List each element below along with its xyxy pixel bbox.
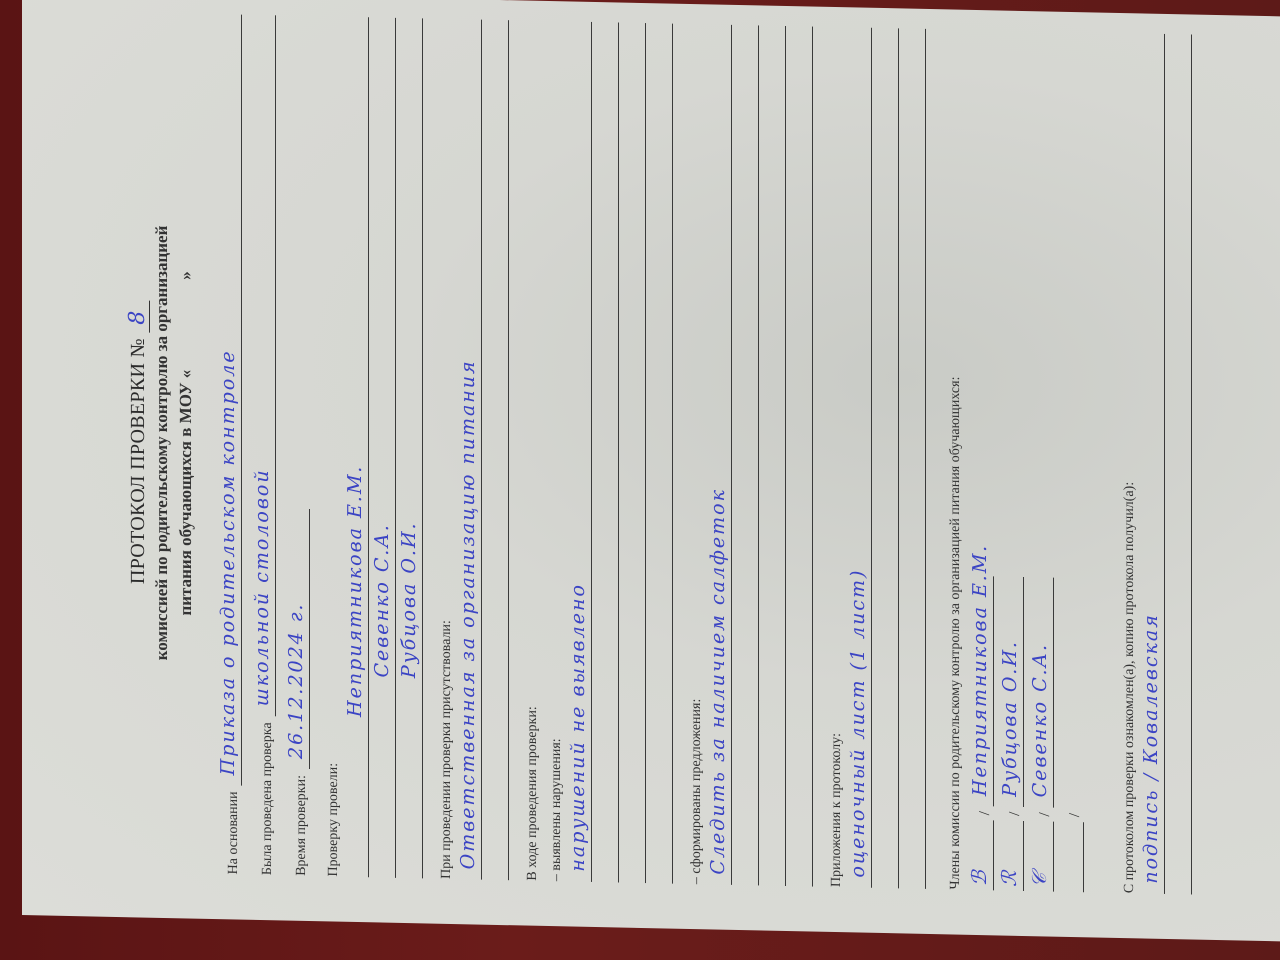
attachments-label: Приложения к протоколу: — [829, 27, 845, 887]
present-line-1: Ответственная за организацию питания — [455, 19, 482, 880]
basis-value: Приказа о родительском контроле — [217, 349, 239, 775]
document-subtitle: комиссией по родительскому контролю за о… — [150, 13, 198, 874]
inspector-line-1: Неприятникова Е.М. — [342, 17, 369, 878]
acknowledge-label: С протоколом проверки ознакомлен(а), коп… — [1122, 33, 1138, 893]
member-signature-row: 𝒞/ Севенко С.А. — [1024, 31, 1054, 892]
present-label: При проведении проверки присутствовали: — [439, 19, 455, 879]
proposals-line-4 — [786, 26, 813, 887]
acknowledge-line-2 — [1165, 34, 1192, 895]
violations-label: – выявлены нарушения: — [549, 21, 565, 881]
protocol-document: ПРОТОКОЛ ПРОВЕРКИ № 8 комиссией по родит… — [117, 12, 1277, 896]
time-field: Время проверки: 26.12.2024 г. — [276, 15, 310, 876]
member-signature-row: ℛ/ Рубцова О.И. — [994, 30, 1024, 891]
attachments-line-1: оценочный лист (1 лист) — [845, 27, 872, 888]
conducted-value: школьной столовой — [251, 468, 273, 706]
proposals-line-1: Следить за наличием салфеток — [705, 24, 732, 885]
acknowledge-line-1: подпись / Ковалевская — [1138, 33, 1165, 894]
inspector-line-3: Рубцова О.И. — [396, 18, 423, 879]
proposals-line-3 — [759, 25, 786, 886]
protocol-number: 8 — [127, 301, 150, 333]
time-value: 26.12.2024 г. — [285, 602, 307, 759]
proposals-line-2 — [732, 25, 759, 886]
signature-mark: ℛ — [997, 870, 1021, 886]
violations-line-2 — [592, 22, 619, 883]
violations-line-1: нарушений не выявлено — [565, 21, 592, 882]
attachments-line-2 — [872, 28, 899, 889]
present-line-2 — [482, 20, 509, 881]
violations-line-4 — [646, 23, 673, 884]
conducted-field: Была проведена проверка школьной столово… — [242, 15, 276, 876]
inspectors-label: Проверку провели: — [326, 16, 342, 876]
member-signature-row: / — [1054, 32, 1084, 893]
inspector-line-2: Севенко С.А. — [369, 17, 396, 878]
members-label: Члены комиссии по родительскому контролю… — [948, 29, 964, 889]
proposals-label: – сформированы предложения: — [689, 24, 705, 884]
signature-mark: 𝒞 — [1027, 872, 1051, 887]
signature-mark: ℬ — [967, 870, 991, 886]
document-title: ПРОТОКОЛ ПРОВЕРКИ № 8 — [125, 12, 150, 873]
member-signature-row: ℬ/ Неприятникова Е.М. — [964, 30, 994, 891]
during-label: В ходе проведения проверки: — [525, 21, 541, 881]
attachments-line-3 — [899, 28, 926, 889]
paper-sheet: ПРОТОКОЛ ПРОВЕРКИ № 8 комиссией по родит… — [22, 0, 1280, 941]
violations-line-3 — [619, 23, 646, 884]
basis-field: На основании Приказа о родительском конт… — [208, 14, 242, 875]
